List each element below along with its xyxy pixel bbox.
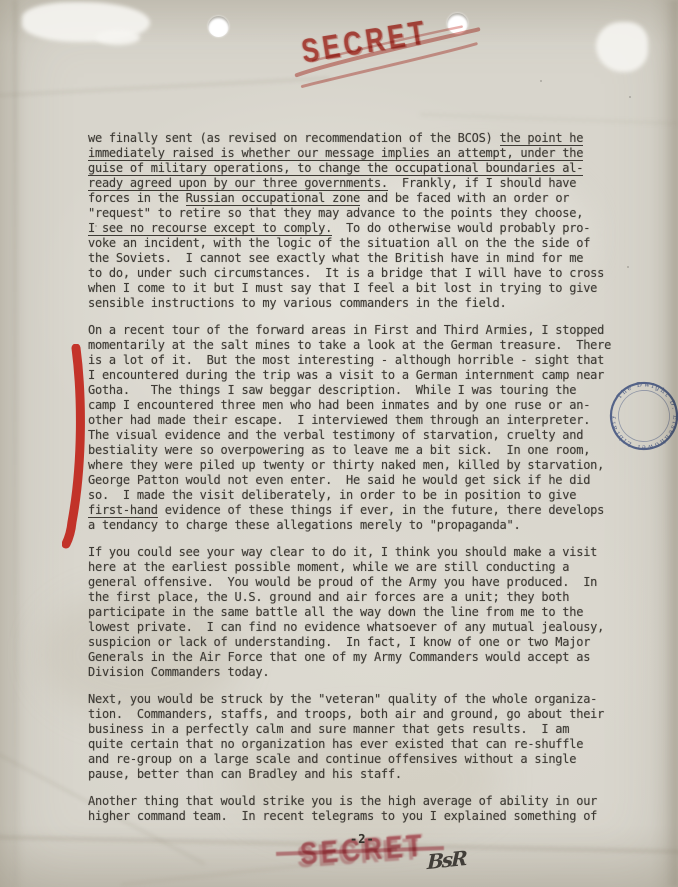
text-line: Division Commanders today. [88, 665, 650, 680]
underlined-text: I see no recourse except to comply. [88, 221, 332, 236]
text-line: here at the earliest possible moment, wh… [88, 560, 650, 575]
text-line: a tendancy to charge these allegations m… [88, 518, 650, 533]
text-line: general offensive. You would be proud of… [88, 575, 650, 590]
torn-patch [596, 22, 648, 72]
text-line: the Soviets. I cannot see exactly what t… [88, 251, 650, 266]
paragraph: If you could see your way clear to do it… [88, 545, 650, 680]
text-line: lowest private. I can find no evidence w… [88, 620, 650, 635]
text-line: sensible instructions to my various comm… [88, 296, 650, 311]
text-line: so. I made the visit deliberately, in or… [88, 488, 650, 503]
text-line: other had made their escape. I interview… [88, 413, 650, 428]
text-line: On a recent tour of the forward areas in… [88, 323, 650, 338]
text-line: momentarily at the salt mines to take a … [88, 338, 650, 353]
text-line: when I come to it but I must say that I … [88, 281, 650, 296]
text-line: I encountered during the trip was a visi… [88, 368, 650, 383]
text-line: voke an incident, with the logic of the … [88, 236, 650, 251]
margin-emphasis-line [62, 344, 92, 550]
text-line: to do, under such circumstances. It is a… [88, 266, 650, 281]
text-line: "request" to retire so that they may adv… [88, 206, 650, 221]
paragraph: we finally sent (as revised on recommend… [88, 131, 650, 311]
paragraph: Another thing that would strike you is t… [88, 794, 650, 824]
paper-speck [540, 80, 542, 82]
text-line: participate in the same battle all the w… [88, 605, 650, 620]
paragraph: On a recent tour of the forward areas in… [88, 323, 650, 533]
scanned-letter-page: SECRET we finally sent (as revised on re… [0, 0, 678, 887]
paper-crease [0, 77, 330, 97]
text-line: Generals in the Air Force that one of my… [88, 650, 650, 665]
handwritten-initials: BsR [427, 846, 466, 874]
text-line: The visual evidence and the verbal testi… [88, 428, 650, 443]
page-number: -2- [350, 832, 375, 846]
text-line: pause, better than can Bradley and his s… [88, 767, 650, 782]
paper-crease [13, 0, 17, 887]
text-line: tion. Commanders, staffs, and troops, bo… [88, 707, 650, 722]
paper-crease [420, 113, 678, 124]
text-line: Gotha. The things I saw beggar descripti… [88, 383, 650, 398]
text-line: is a lot of it. But the most interesting… [88, 353, 650, 368]
svg-text:The Dwight D. Eisenhower Libra: The Dwight D. Eisenhower Library [604, 376, 678, 456]
punch-hole-left [208, 16, 229, 37]
text-line: If you could see your way clear to do it… [88, 545, 650, 560]
text-line: business in a perfectly calm and sure ma… [88, 722, 650, 737]
text-line: we finally sent (as revised on recommend… [88, 131, 650, 146]
underlined-text: ready agreed upon by our three governmen… [88, 176, 388, 191]
letter-body: we finally sent (as revised on recommend… [88, 131, 650, 836]
underlined-text: Russian occupational zone [186, 191, 360, 206]
underlined-text: immediately raised is whether our messag… [88, 146, 583, 161]
text-line: Next, you would be struck by the "vetera… [88, 692, 650, 707]
text-line: quite certain that no organization has e… [88, 737, 650, 752]
text-line: guise of military operations, to change … [88, 161, 650, 176]
paragraph: Next, you would be struck by the "vetera… [88, 692, 650, 782]
text-line: I see no recourse except to comply. To d… [88, 221, 650, 236]
paper-speck [629, 96, 631, 98]
text-line: the first place, the U.S. ground and air… [88, 590, 650, 605]
text-line: higher command team. In recent telegrams… [88, 809, 650, 824]
text-line: forces in the Russian occupational zone … [88, 191, 650, 206]
text-line: immediately raised is whether our messag… [88, 146, 650, 161]
text-line: camp I encountered three men who had bee… [88, 398, 650, 413]
text-line: ready agreed upon by our three governmen… [88, 176, 650, 191]
text-line: first-hand evidence of these things if e… [88, 503, 650, 518]
text-line: suspicion or lack of understanding. In f… [88, 635, 650, 650]
text-line: and re-group on a large scale and contin… [88, 752, 650, 767]
underlined-text: first-hand [88, 503, 158, 518]
text-line: bestiality were so overpowering as to le… [88, 443, 650, 458]
torn-patch [96, 30, 140, 45]
text-line: Another thing that would strike you is t… [88, 794, 650, 809]
underlined-text: guise of military operations, to change … [88, 161, 583, 176]
underlined-text: the point he [500, 131, 584, 146]
library-stamp: The Dwight D. Eisenhower Library [604, 376, 678, 456]
text-line: where they were piled up twenty or thirt… [88, 458, 650, 473]
text-line: George Patton would not even enter. He s… [88, 473, 650, 488]
